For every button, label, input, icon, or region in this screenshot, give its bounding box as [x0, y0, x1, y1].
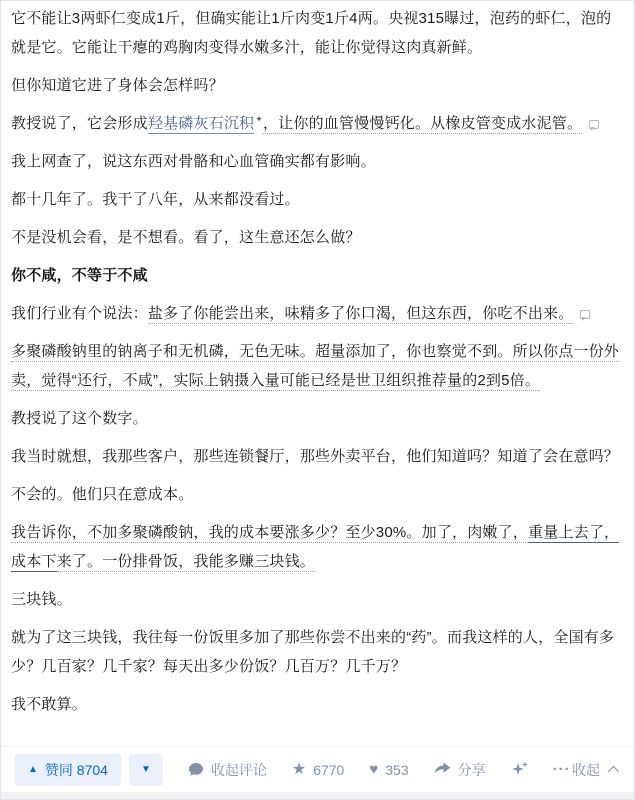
section-heading: 你不咸，不等于不咸 [11, 261, 622, 290]
collapse-answer-button[interactable]: 收起 [572, 760, 616, 780]
comment-bubble-icon [188, 762, 204, 777]
collapse-label: 收起 [572, 760, 600, 780]
downvote-button[interactable]: ▼ [129, 754, 163, 786]
page-bottom-strip [1, 792, 634, 799]
article-paragraph: 就为了这三块钱，我往每一份饭里多加了那些你尝不出来的“药”。而我这样的人，全国有… [11, 623, 622, 681]
upvote-label: 赞同 8704 [45, 760, 108, 780]
like-button[interactable]: ♥ 353 [369, 762, 408, 778]
article-paragraph: 多聚磷酸钠里的钠离子和无机磷，无色无味。超量添加了，你也察觉不到。所以你点一份外… [11, 337, 622, 395]
share-arrow-icon [434, 762, 451, 777]
star-icon: ★ [292, 762, 306, 778]
text-run: 它不能让3两虾仁变成1斤，但确实能让1斤肉变1斤4两。央视315曝过，泡药的虾仁… [11, 10, 611, 56]
article-paragraph: 我当时就想，我那些客户，那些连锁餐厅，那些外卖平台，他们知道吗？知道了会在意吗？ [11, 442, 622, 471]
like-count: 353 [385, 762, 408, 778]
sparkle-icon [511, 761, 528, 778]
text-run: 就为了这三块钱，我往每一份饭里多加了那些你尝不出来的“药”。而我这样的人，全国有… [11, 629, 614, 675]
reference-marker-icon[interactable]: ✦ [255, 114, 263, 124]
article-paragraph: 它不能让3两虾仁变成1斤，但确实能让1斤肉变1斤4两。央视315曝过，泡药的虾仁… [11, 4, 622, 62]
paragraph-comment-icon[interactable] [589, 120, 599, 129]
text-run: 都十几年了。我干了八年，从来都没看过。 [11, 191, 300, 208]
article-paragraph: 不是没机会看，是不想看。看了，这生意还怎么做？ [11, 223, 622, 252]
more-button[interactable]: ··· [553, 761, 571, 778]
article-paragraph: 我们行业有个说法：盐多了你能尝出来，味精多了你口渴，但这东西，你吃不出来。 [11, 299, 622, 328]
article-paragraph: 不会的。他们只在意成本。 [11, 480, 622, 509]
text-run: 我们行业有个说法： [11, 305, 148, 322]
upvote-icon: ▲ [28, 765, 38, 775]
article-paragraph: 都十几年了。我干了八年，从来都没看过。 [11, 185, 622, 214]
text-run: 我不敢算。 [11, 696, 87, 713]
text-run: 三块钱。 [11, 591, 72, 608]
paragraph-comment-icon[interactable] [580, 310, 590, 319]
article-body: 它不能让3两虾仁变成1斤，但确实能让1斤肉变1斤4两。央视315曝过，泡药的虾仁… [1, 1, 634, 719]
article-paragraph: 教授说了这个数字。 [11, 404, 622, 433]
chevron-up-icon [608, 765, 619, 776]
favorite-button[interactable]: ★ 6770 [292, 762, 345, 778]
article-paragraph: 我告诉你，不加多聚磷酸钠，我的成本要涨多少？至少30%。加了，肉嫩了，重量上去了… [11, 518, 622, 576]
action-toolbar: ▲ 赞同 8704 ▼ 收起评论 ★ 6770 ♥ 353 分享 ··· [1, 746, 634, 792]
text-run: 不会的。他们只在意成本。 [11, 486, 193, 503]
article-paragraph: 但你知道它进了身体会怎样吗？ [11, 71, 622, 100]
article-paragraph: 我上网查了，说这东西对骨骼和心血管确实都有影响。 [11, 147, 622, 176]
comments-toggle-label: 收起评论 [211, 760, 267, 780]
comments-toggle[interactable]: 收起评论 [188, 760, 267, 780]
text-run: 但你知道它进了身体会怎样吗？ [11, 77, 224, 94]
more-icon: ··· [553, 761, 571, 778]
text-run: 教授说了，它会形成 [11, 115, 148, 132]
article-paragraph: 我不敢算。 [11, 690, 622, 719]
text-run: 我告诉你，不加多聚磷酸钠，我的成本要涨多少？至少30%。加了，肉嫩了， [11, 524, 528, 543]
text-run: 我当时就想，我那些客户，那些连锁餐厅，那些外卖平台，他们知道吗？知道了会在意吗？ [11, 448, 619, 465]
article-paragraph: 教授说了，它会形成羟基磷灰石沉积✦，让你的血管慢慢钙化。从橡皮管变成水泥管。 [11, 109, 622, 138]
text-run: 多聚磷酸钠里的钠离子和无机磷，无色无味。超量添加了，你也察觉不到。所以你点一份外… [11, 343, 619, 391]
downvote-icon: ▼ [141, 765, 151, 775]
upvote-button[interactable]: ▲ 赞同 8704 [15, 754, 121, 786]
text-run: 你不咸，不等于不咸 [11, 267, 148, 284]
text-run: 不是没机会看，是不想看。看了，这生意还怎么做？ [11, 229, 361, 246]
article-paragraph: 三块钱。 [11, 585, 622, 614]
heart-icon: ♥ [369, 762, 378, 777]
answer-page: 它不能让3两虾仁变成1斤，但确实能让1斤肉变1斤4两。央视315曝过，泡药的虾仁… [0, 0, 635, 800]
share-label: 分享 [458, 760, 486, 780]
share-button[interactable]: 分享 [434, 760, 486, 780]
text-run: 来了。一份排骨饭，我能多赚三块钱。 [57, 553, 315, 572]
inline-search-link[interactable]: 羟基磷灰石沉积 [148, 115, 254, 134]
ai-sparkle-button[interactable] [511, 761, 528, 778]
text-run: 盐多了你能尝出来，味精多了你口渴，但这东西，你吃不出来。 [148, 305, 574, 324]
text-run: 我上网查了，说这东西对骨骼和心血管确实都有影响。 [11, 153, 376, 170]
favorite-count: 6770 [313, 762, 344, 778]
text-run: 教授说了这个数字。 [11, 410, 148, 427]
upvote-count: 8704 [77, 762, 108, 778]
text-run: ，让你的血管慢慢钙化。从橡皮管变成水泥管。 [263, 115, 582, 134]
